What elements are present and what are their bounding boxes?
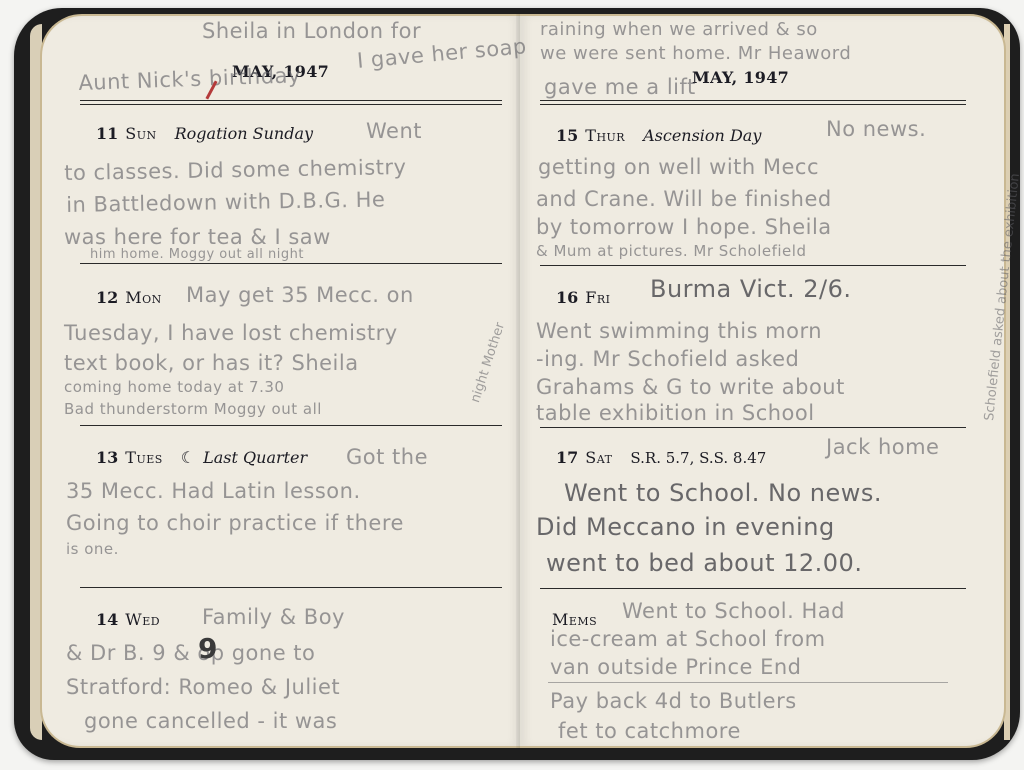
- handwritten-line: went to bed about 12.00.: [546, 550, 862, 576]
- handwritten-line: ice-cream at School from: [550, 626, 826, 652]
- handwritten-line: Stratford: Romeo & Juliet: [66, 674, 340, 700]
- handwritten-top-note: raining when we arrived & so: [540, 20, 818, 40]
- handwritten-line: Did Meccano in evening: [536, 514, 835, 540]
- day-name: Thur: [585, 126, 625, 145]
- handwritten-line: Pay back 4d to Butlers: [550, 688, 797, 714]
- day-name: Sun: [125, 124, 156, 143]
- handwritten-line: and Crane. Will be finished: [536, 186, 832, 212]
- handwritten-line: in Battledown with D.B.G. He: [66, 186, 386, 218]
- handwritten-line: Bad thunderstorm Moggy out all: [64, 402, 322, 416]
- handwritten-line: Grahams & G to write about: [536, 374, 845, 400]
- handwritten-line: by tomorrow I hope. Sheila: [536, 214, 832, 240]
- handwritten-line: Got the: [346, 444, 428, 470]
- handwritten-line: Went swimming this morn: [536, 318, 822, 344]
- day-heading: 13Tues☾Last Quarter: [96, 448, 307, 467]
- handwritten-line: Went to School. Had: [622, 598, 845, 624]
- handwritten-line: Family & Boy: [202, 604, 345, 630]
- handwritten-line: is one.: [66, 542, 119, 556]
- day-number: 17: [556, 448, 578, 467]
- handwritten-line: 35 Mecc. Had Latin lesson.: [66, 478, 361, 504]
- month-header-right: MAY, 1947: [692, 68, 789, 87]
- day-name: Fri: [585, 288, 610, 307]
- handwritten-line: coming home today at 7.30: [64, 380, 284, 394]
- day-name: Sat: [585, 448, 612, 467]
- day-divider: [540, 588, 966, 589]
- handwritten-line: table exhibition in School: [536, 400, 815, 426]
- handwritten-line: Went to School. No news.: [564, 480, 882, 506]
- day-heading: 14Wed: [96, 610, 160, 629]
- ink-blot: 9: [198, 632, 217, 665]
- day-name: Tues: [125, 448, 163, 467]
- day-note: Rogation Sunday: [175, 124, 313, 143]
- pencil-underline: [548, 682, 948, 683]
- day-note: Last Quarter: [203, 448, 307, 467]
- handwritten-line: -ing. Mr Schofield asked: [536, 346, 799, 372]
- day-heading: 17SatS.R. 5.7, S.S. 8.47: [556, 448, 766, 467]
- handwritten-line: gone cancelled - it was: [84, 708, 337, 734]
- header-rule: [80, 100, 502, 101]
- handwritten-line: Went: [366, 118, 422, 144]
- day-name: Wed: [125, 610, 160, 629]
- handwritten-line: text book, or has it? Sheila: [64, 350, 359, 376]
- handwritten-line: getting on well with Mecc: [538, 154, 819, 180]
- day-name: Mon: [125, 288, 162, 307]
- day-number: 15: [556, 126, 578, 145]
- handwritten-top-note: gave me a lift: [544, 74, 696, 100]
- handwritten-line: Jack home: [826, 434, 939, 460]
- handwritten-line: him home. Moggy out all night: [90, 248, 304, 262]
- day-note: Ascension Day: [643, 126, 761, 145]
- handwritten-line: Going to choir practice if there: [66, 510, 404, 536]
- day-heading: 15ThurAscension Day: [556, 126, 761, 145]
- handwritten-line: & Mum at pictures. Mr Scholefield: [536, 244, 806, 258]
- day-divider: [540, 427, 966, 428]
- handwritten-line: No news.: [826, 116, 926, 142]
- day-number: 11: [96, 124, 118, 143]
- day-divider: [80, 425, 502, 426]
- day-number: 12: [96, 288, 118, 307]
- header-rule: [540, 100, 966, 101]
- handwritten-line: May get 35 Mecc. on: [186, 282, 414, 308]
- handwritten-line: Tuesday, I have lost chemistry: [64, 320, 398, 346]
- day-heading: 12Mon: [96, 288, 162, 307]
- day-divider: [80, 263, 502, 264]
- handwritten-line: fet to catchmore: [558, 718, 741, 744]
- day-divider: [540, 265, 966, 266]
- moon-last-quarter-icon: ☾: [181, 448, 195, 467]
- handwritten-line: & Dr B. 9 & op gone to: [66, 640, 315, 666]
- handwritten-top-note: Sheila in London for: [202, 18, 421, 44]
- day-heading: 11SunRogation Sunday: [96, 124, 313, 143]
- day-heading: 16Fri: [556, 288, 611, 307]
- handwritten-line: van outside Prince End: [550, 654, 802, 680]
- day-divider: [80, 587, 502, 588]
- handwritten-top-note: we were sent home. Mr Heaword: [540, 44, 851, 64]
- handwritten-line: Burma Vict. 2/6.: [650, 276, 852, 302]
- day-number: 13: [96, 448, 118, 467]
- sunrise-sunset-note: S.R. 5.7, S.S. 8.47: [630, 449, 766, 467]
- day-number: 16: [556, 288, 578, 307]
- day-number: 14: [96, 610, 118, 629]
